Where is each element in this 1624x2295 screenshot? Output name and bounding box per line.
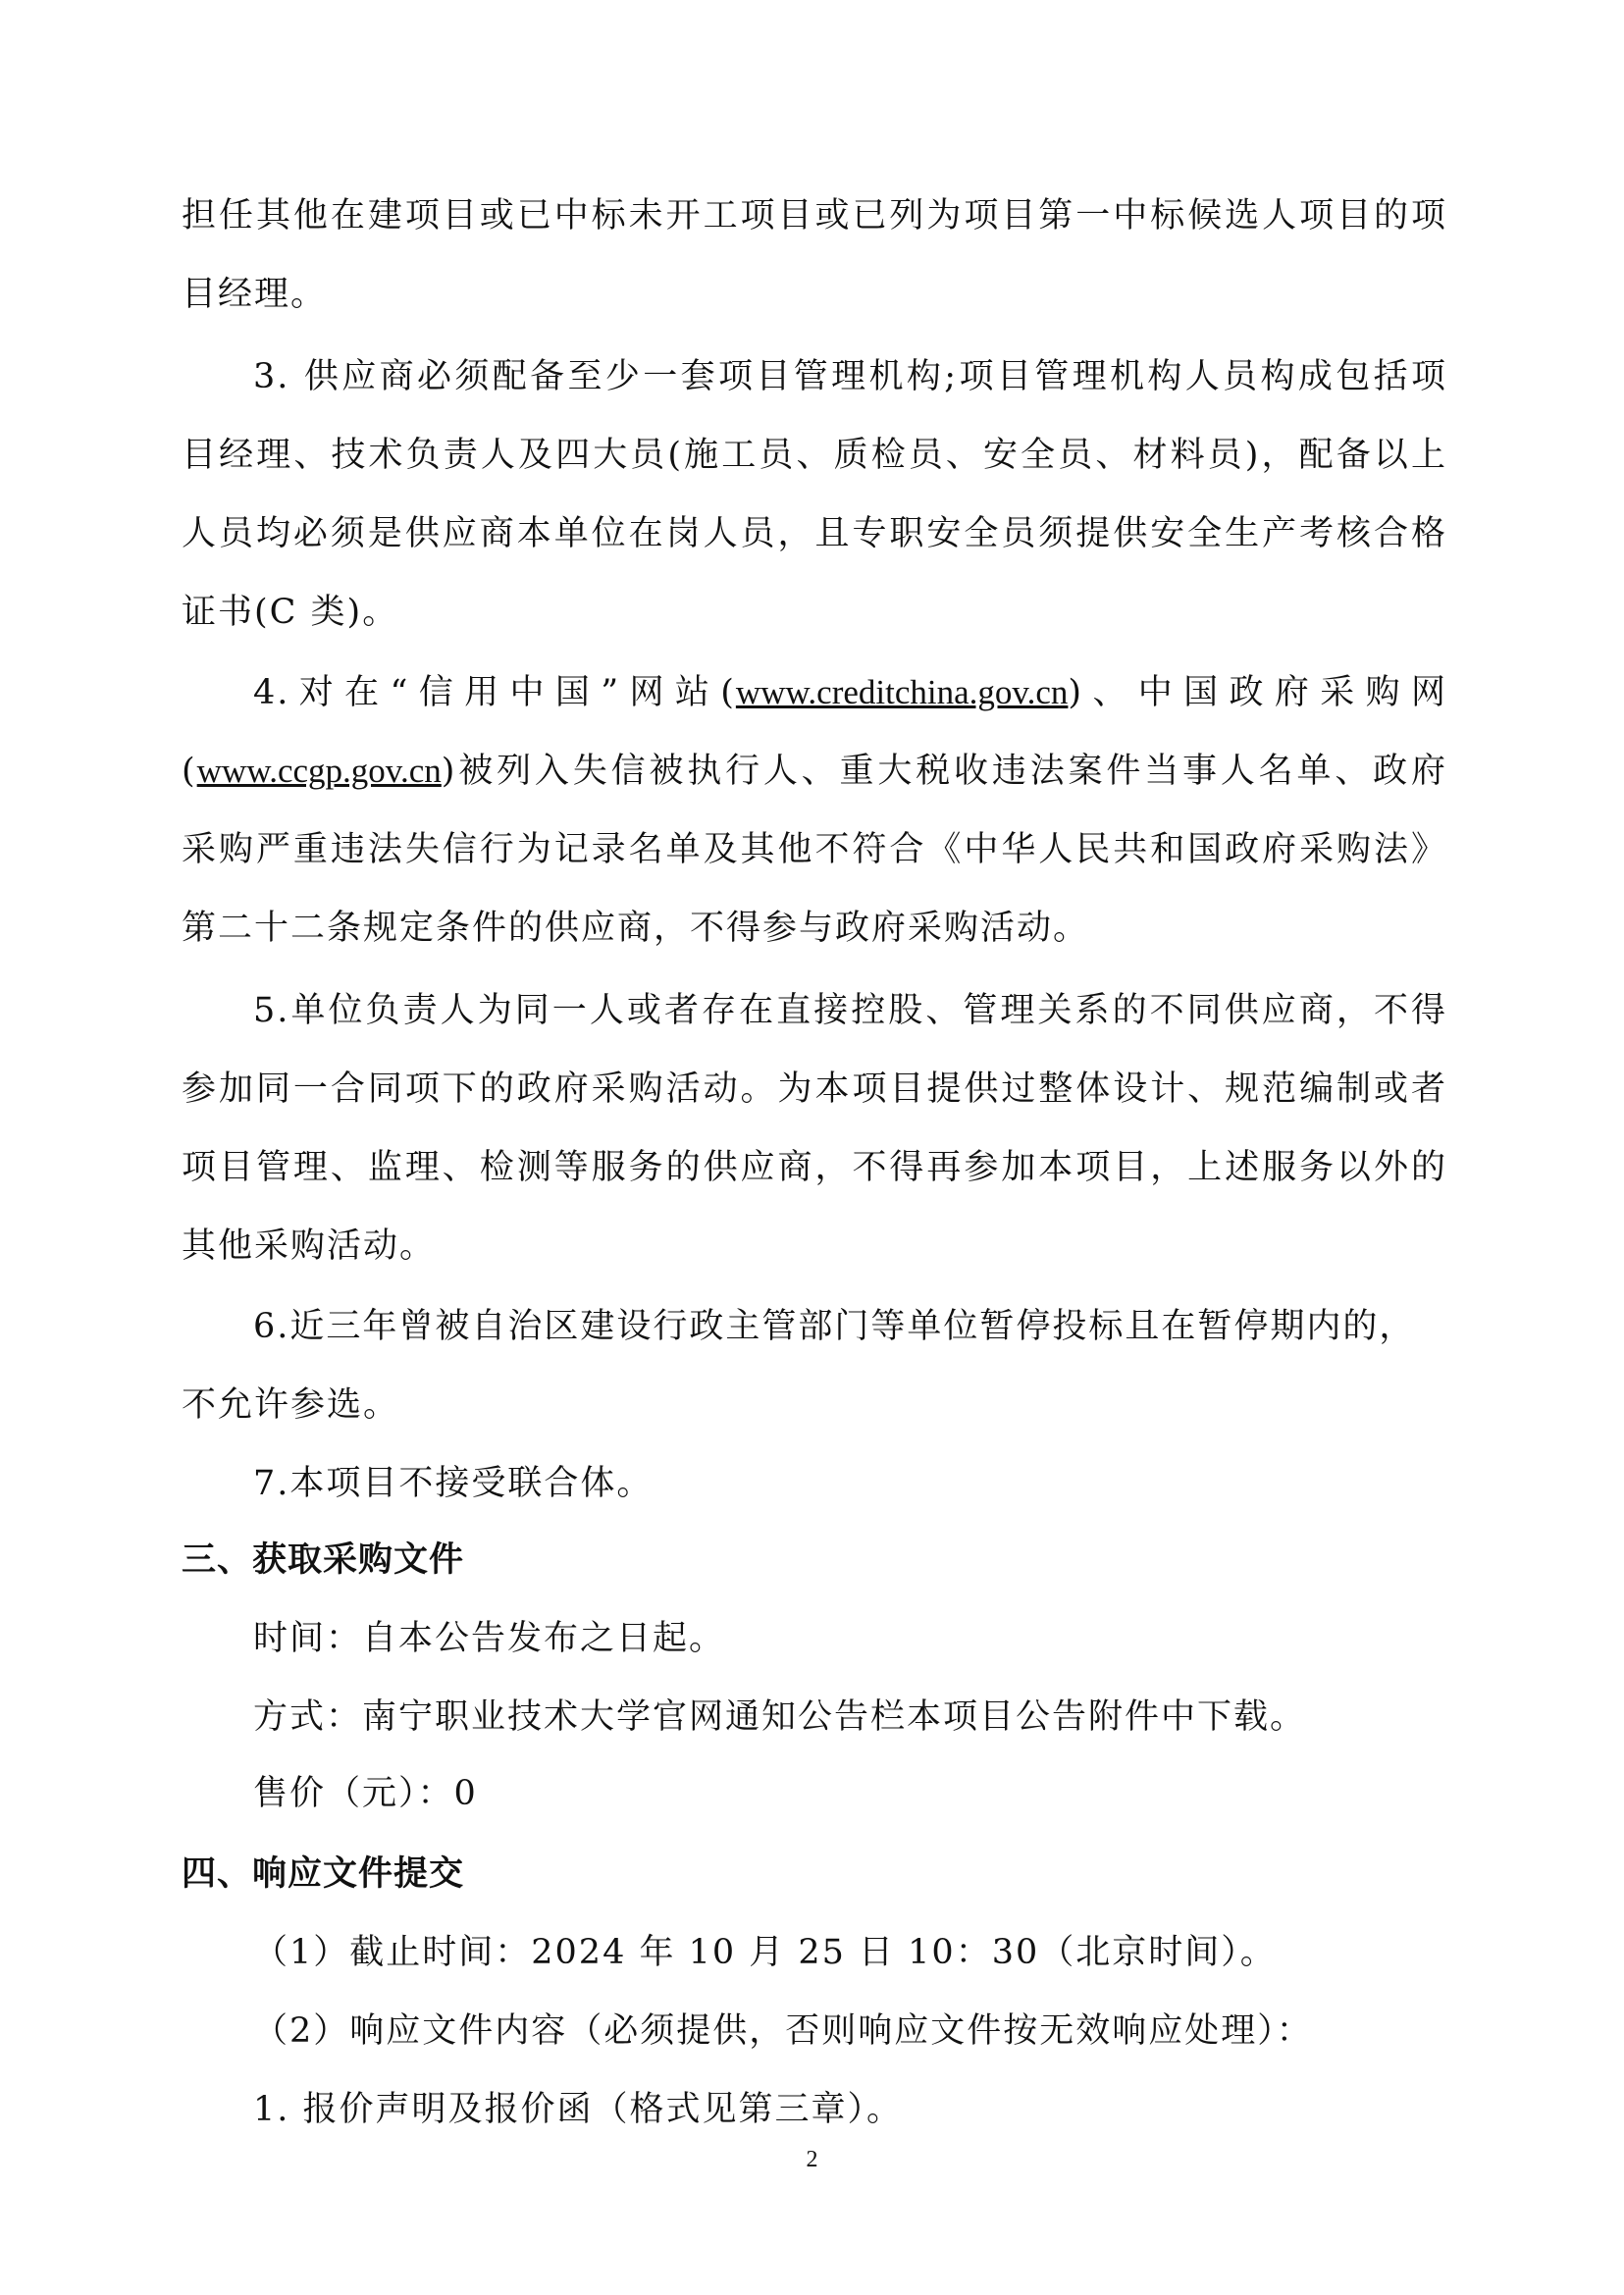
section-3-method: 方式：南宁职业技术大学官网通知公告栏本项目公告附件中下载。 xyxy=(253,1695,1447,1739)
paragraph-line: 目经理。 xyxy=(182,273,1447,316)
creditchina-link[interactable]: www.creditchina.gov.cn xyxy=(736,673,1069,711)
paren: ( xyxy=(182,752,197,791)
item-6-line: 6.近三年曾被自治区建设行政主管部门等单位暂停投标且在暂停期内的， xyxy=(253,1305,1447,1348)
item-5-line: 5.单位负责人为同一人或者存在直接控股、管理关系的不同供应商，不得 xyxy=(253,989,1447,1032)
section-4-heading: 四、响应文件提交 xyxy=(182,1852,1447,1896)
item-4-line: 4.对在“信用中国”网站(www.creditchina.gov.cn)、中国政… xyxy=(253,671,1447,714)
item-3-line: 3. 供应商必须配备至少一套项目管理机构;项目管理机构人员构成包括项 xyxy=(253,355,1447,398)
document-page: 担任其他在建项目或已中标未开工项目或已列为项目第一中标候选人项目的项 目经理。 … xyxy=(0,0,1624,2295)
item-7-line: 7.本项目不接受联合体。 xyxy=(253,1462,1447,1505)
paragraph-line: 项目管理、监理、检测等服务的供应商，不得再参加本项目，上述服务以外的 xyxy=(182,1146,1447,1189)
item-4-prefix: 4.对在“信用中国”网站( xyxy=(253,673,736,712)
paragraph-line: 其他采购活动。 xyxy=(182,1225,1447,1268)
paragraph-line: 担任其他在建项目或已中标未开工项目或已列为项目第一中标候选人项目的项 xyxy=(182,194,1447,237)
ccgp-link[interactable]: www.ccgp.gov.cn xyxy=(197,752,442,790)
paragraph-line: 参加同一合同项下的政府采购活动。为本项目提供过整体设计、规范编制或者 xyxy=(182,1068,1447,1111)
paragraph-line: 第二十二条规定条件的供应商，不得参与政府采购活动。 xyxy=(182,907,1447,950)
paragraph-line: 目经理、技术负责人及四大员(施工员、质检员、安全员、材料员)，配备以上 xyxy=(182,434,1447,477)
page-number: 2 xyxy=(0,2147,1624,2173)
section-3-heading: 三、获取采购文件 xyxy=(182,1539,1447,1582)
paragraph-line: 证书(C 类)。 xyxy=(182,591,1447,634)
item-4-rest: )被列入失信被执行人、重大税收违法案件当事人名单、政府 xyxy=(442,752,1447,791)
paragraph-line: 人员均必须是供应商本单位在岗人员，且专职安全员须提供安全生产考核合格 xyxy=(182,512,1447,555)
section-3-time: 时间：自本公告发布之日起。 xyxy=(253,1617,1447,1660)
section-4-deadline: （1）截止时间：2024 年 10 月 25 日 10：30（北京时间）。 xyxy=(253,1931,1447,1974)
section-4-item-1: 1. 报价声明及报价函（格式见第三章）。 xyxy=(253,2088,1447,2131)
item-4-mid: )、中国政府采购网 xyxy=(1068,673,1447,712)
paragraph-line: 不允许参选。 xyxy=(182,1383,1447,1427)
paragraph-line: 采购严重违法失信行为记录名单及其他不符合《中华人民共和国政府采购法》 xyxy=(182,828,1447,871)
paragraph-line: (www.ccgp.gov.cn)被列入失信被执行人、重大税收违法案件当事人名单… xyxy=(182,750,1447,793)
section-3-price: 售价（元）：0 xyxy=(253,1772,1447,1815)
section-4-content: （2）响应文件内容（必须提供，否则响应文件按无效响应处理）： xyxy=(253,2009,1447,2053)
